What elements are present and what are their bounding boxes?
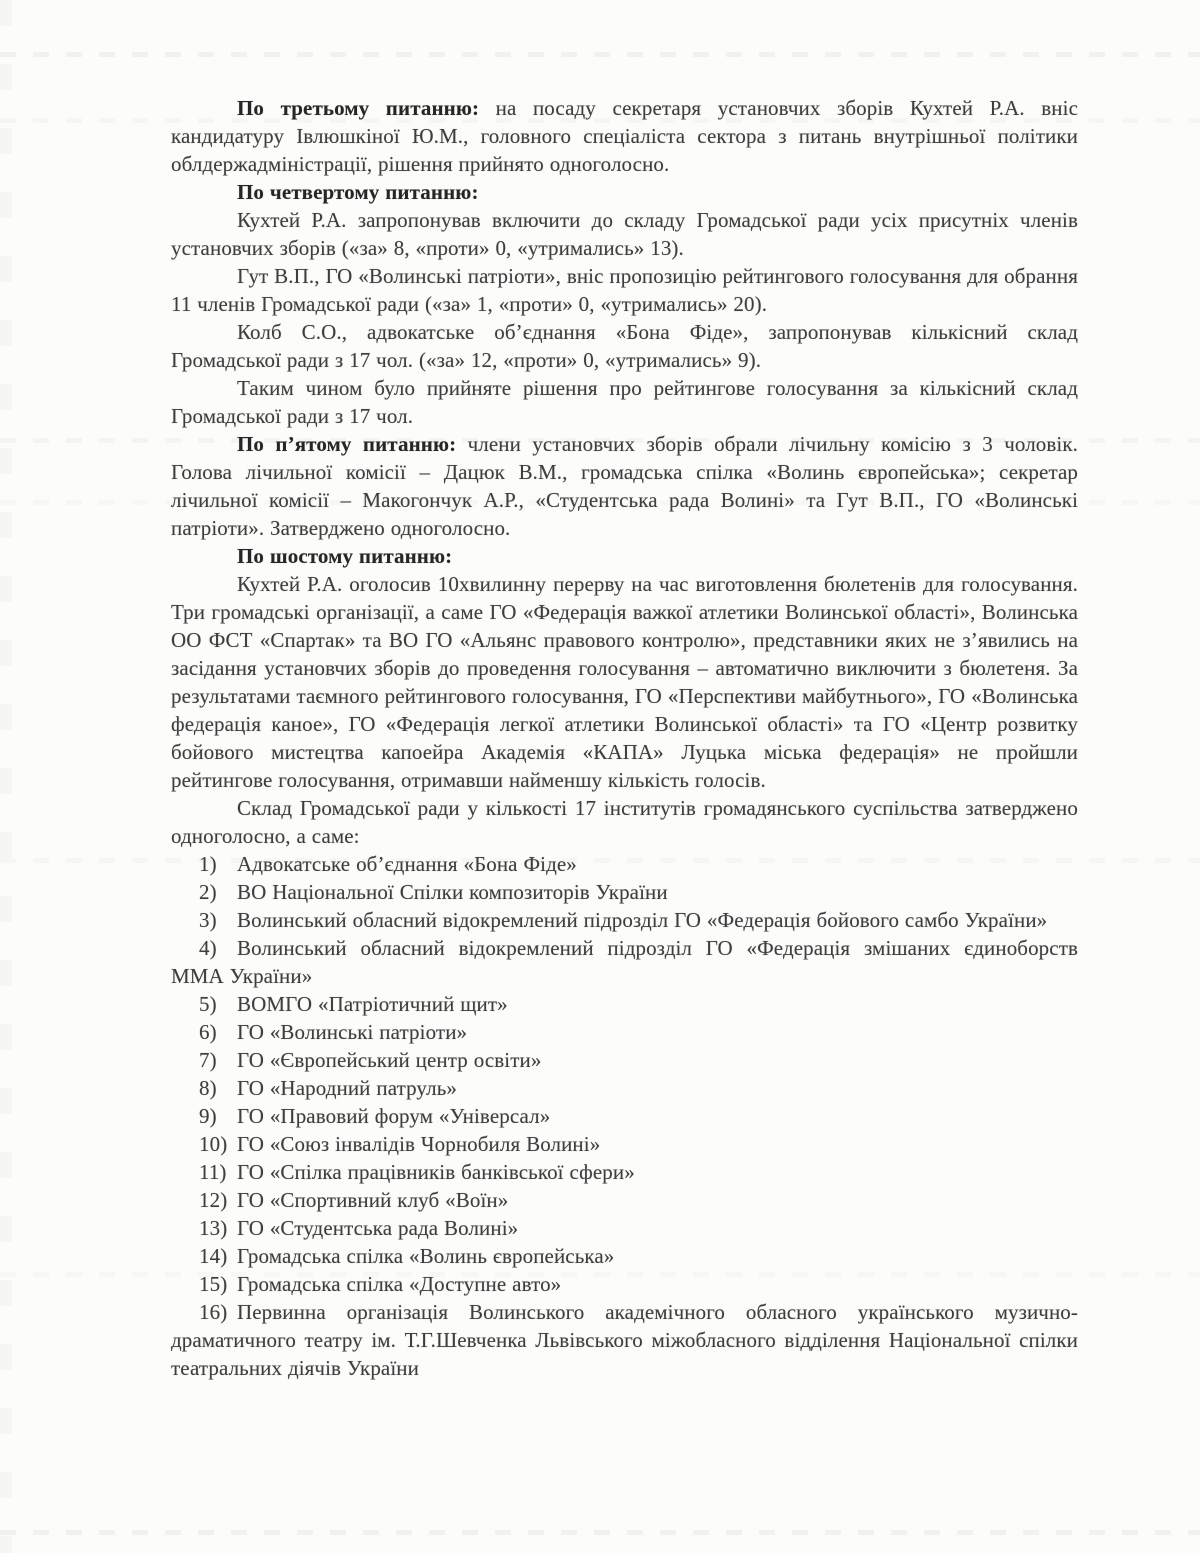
paragraph-text: Кухтей Р.А. оголосив 10хвилинну перерву …: [171, 572, 1078, 792]
list-item: 6)ГО «Волинські патріоти»: [171, 1018, 1078, 1046]
list-item-text: ГО «Народний патруль»: [237, 1076, 457, 1100]
list-item: 8)ГО «Народний патруль»: [171, 1074, 1078, 1102]
list-item-number: 13): [199, 1214, 237, 1242]
list-item-number: 8): [199, 1074, 237, 1102]
heading-question-3: По третьому питанню:: [237, 96, 479, 120]
paragraph-question-6-body: Кухтей Р.А. оголосив 10хвилинну перерву …: [171, 570, 1078, 794]
paragraph-text: Кухтей Р.А. запропонував включити до скл…: [171, 208, 1078, 260]
list-item: 12)ГО «Спортивний клуб «Воїн»: [171, 1186, 1078, 1214]
list-item-text: ГО «Союз інвалідів Чорнобиля Волині»: [237, 1132, 600, 1156]
paragraph-hut-proposal: Гут В.П., ГО «Волинські патріоти», вніс …: [171, 262, 1078, 318]
list-item-text: Волинський обласний відокремлений підроз…: [171, 936, 1078, 988]
list-item-text: Громадська спілка «Доступне авто»: [237, 1272, 561, 1296]
scanned-document-page: По третьому питанню: на посаду секретаря…: [0, 0, 1200, 1553]
list-item-number: 16): [199, 1298, 237, 1326]
heading-question-6: По шостому питанню:: [171, 542, 1078, 570]
list-item-text: Первинна організація Волинського академі…: [171, 1300, 1078, 1380]
list-item-text: ГО «Спортивний клуб «Воїн»: [237, 1188, 508, 1212]
list-item: 13)ГО «Студентська рада Волині»: [171, 1214, 1078, 1242]
scan-edge-smudge: [0, 0, 12, 1553]
list-item-text: Волинський обласний відокремлений підроз…: [237, 908, 1047, 932]
list-item-text: ВОМГО «Патріотичний щит»: [237, 992, 508, 1016]
paragraph-text: Таким чином було прийняте рішення про ре…: [171, 376, 1078, 428]
list-item: 11)ГО «Спілка працівників банківської сф…: [171, 1158, 1078, 1186]
paragraph-text: Склад Громадської ради у кількості 17 ін…: [171, 796, 1078, 848]
list-item-number: 4): [199, 934, 237, 962]
list-item-text: ГО «Студентська рада Волині»: [237, 1216, 518, 1240]
paragraph-kolb-proposal: Колб С.О., адвокатське об’єднання «Бона …: [171, 318, 1078, 374]
list-item-number: 14): [199, 1242, 237, 1270]
heading-question-6-label: По шостому питанню:: [237, 544, 452, 568]
list-item: 1)Адвокатське об’єднання «Бона Фіде»: [171, 850, 1078, 878]
list-item-text: ГО «Європейський центр освіти»: [237, 1048, 541, 1072]
heading-question-5: По п’ятому питанню:: [237, 432, 456, 456]
list-item: 7)ГО «Європейський центр освіти»: [171, 1046, 1078, 1074]
list-item-number: 6): [199, 1018, 237, 1046]
list-item-text: ВО Національної Спілки композиторів Укра…: [237, 880, 668, 904]
document-body: По третьому питанню: на посаду секретаря…: [171, 94, 1078, 1382]
list-item: 2)ВО Національної Спілки композиторів Ук…: [171, 878, 1078, 906]
list-item-number: 7): [199, 1046, 237, 1074]
list-item-number: 2): [199, 878, 237, 906]
paragraph-council-composition: Склад Громадської ради у кількості 17 ін…: [171, 794, 1078, 850]
paragraph-decision-rating-vote: Таким чином було прийняте рішення про ре…: [171, 374, 1078, 430]
list-item-number: 11): [199, 1158, 237, 1186]
list-item-text: Адвокатське об’єднання «Бона Фіде»: [237, 852, 577, 876]
list-item: 5)ВОМГО «Патріотичний щит»: [171, 990, 1078, 1018]
list-item: 4)Волинський обласний відокремлений підр…: [171, 934, 1078, 990]
list-item-text: ГО «Правовий форум «Універсал»: [237, 1104, 550, 1128]
list-item-number: 10): [199, 1130, 237, 1158]
paragraph-question-5: По п’ятому питанню: члени установчих збо…: [171, 430, 1078, 542]
list-item-number: 3): [199, 906, 237, 934]
list-item-text: ГО «Волинські патріоти»: [237, 1020, 467, 1044]
paragraph-kukhtei-proposal: Кухтей Р.А. запропонував включити до скл…: [171, 206, 1078, 262]
list-item: 9)ГО «Правовий форум «Універсал»: [171, 1102, 1078, 1130]
scan-noise-band: [0, 52, 1200, 57]
list-item-number: 5): [199, 990, 237, 1018]
list-item: 3)Волинський обласний відокремлений підр…: [171, 906, 1078, 934]
paragraph-text: Гут В.П., ГО «Волинські патріоти», вніс …: [171, 264, 1078, 316]
list-item: 14)Громадська спілка «Волинь європейська…: [171, 1242, 1078, 1270]
heading-question-4-label: По четвертому питанню:: [237, 180, 479, 204]
list-item: 15)Громадська спілка «Доступне авто»: [171, 1270, 1078, 1298]
list-item-number: 15): [199, 1270, 237, 1298]
paragraph-question-3: По третьому питанню: на посаду секретаря…: [171, 94, 1078, 178]
list-item-number: 9): [199, 1102, 237, 1130]
list-item: 10)ГО «Союз інвалідів Чорнобиля Волині»: [171, 1130, 1078, 1158]
list-item-number: 12): [199, 1186, 237, 1214]
list-item-text: Громадська спілка «Волинь європейська»: [237, 1244, 614, 1268]
list-item: 16)Первинна організація Волинського акад…: [171, 1298, 1078, 1382]
list-item-text: ГО «Спілка працівників банківської сфери…: [237, 1160, 635, 1184]
heading-question-4: По четвертому питанню:: [171, 178, 1078, 206]
scan-noise-band: [0, 1530, 1200, 1535]
paragraph-text: Колб С.О., адвокатське об’єднання «Бона …: [171, 320, 1078, 372]
list-item-number: 1): [199, 850, 237, 878]
